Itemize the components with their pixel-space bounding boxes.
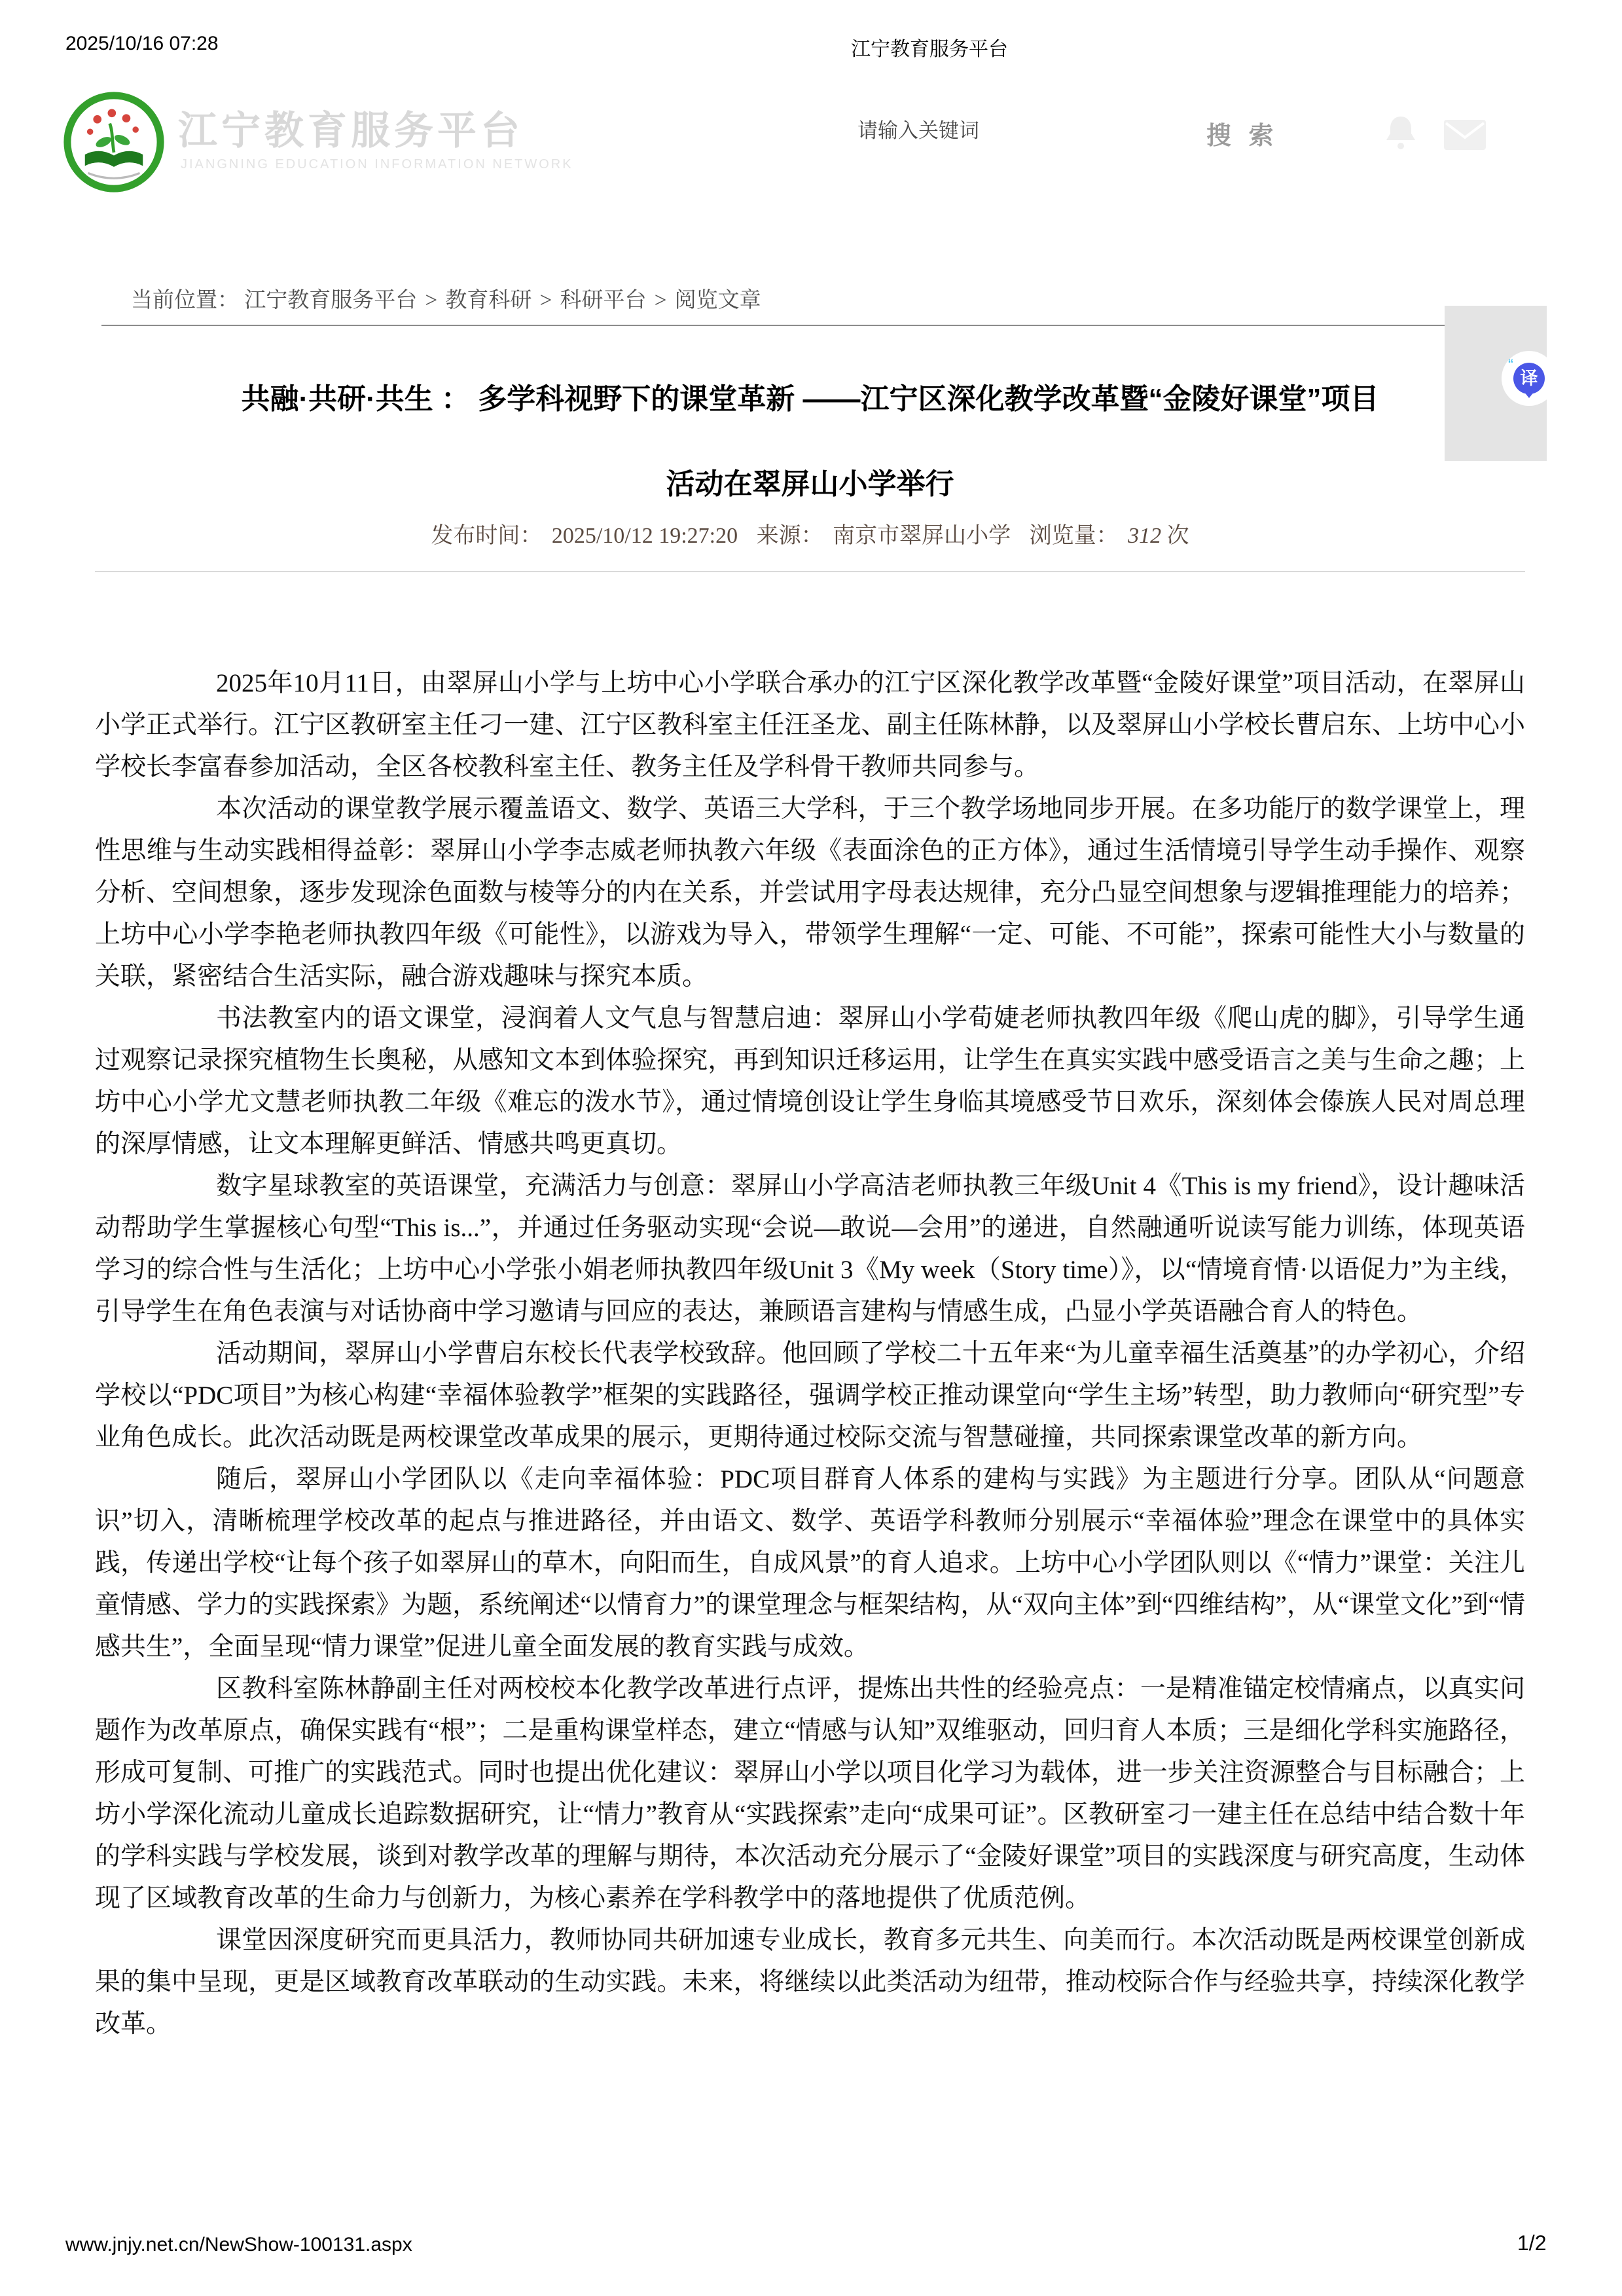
source-value: 南京市翠屏山小学 [833, 524, 1011, 548]
publish-time-label: 发布时间： [431, 524, 542, 548]
bell-icon[interactable] [1382, 113, 1419, 151]
article-meta: 发布时间： 2025/10/12 19:27:20 来源： 南京市翠屏山小学 浏… [95, 517, 1525, 549]
article-paragraph: 本次活动的课堂教学展示覆盖语文、数学、英语三大学科，于三个教学场地同步开展。在多… [95, 788, 1525, 998]
search-input[interactable] [856, 111, 1173, 151]
article-title: 共融·共研·共生 ： 多学科视野下的课堂革新 ——江宁区深化教学改革暨“金陵好课… [95, 357, 1525, 527]
breadcrumb-item-home[interactable]: 江宁教育服务平台 [244, 289, 417, 312]
breadcrumb-divider [101, 325, 1514, 326]
print-header-datetime: 2025/10/16 07:28 [65, 33, 219, 55]
site-logo-subtitle: JIANGNING EDUCATION INFORMATION NETWORK [181, 157, 573, 172]
article-paragraph: 活动期间，翠屏山小学曹启东校长代表学校致辞。他回顾了学校二十五年来“为儿童幸福生… [95, 1333, 1525, 1459]
views-unit: 次 [1167, 524, 1189, 548]
article-body: 2025年10月11日，由翠屏山小学与上坊中心小学联合承办的江宁区深化教学改革暨… [95, 663, 1525, 2045]
publish-time-value: 2025/10/12 19:27:20 [552, 524, 738, 548]
mail-icon[interactable] [1443, 119, 1487, 151]
site-logo-title: 江宁教育服务平台 [178, 100, 524, 156]
views-count: 312 [1128, 524, 1161, 548]
printed-page: 2025/10/16 07:28 江宁教育服务平台 江宁教育服务平台 JIANG… [0, 0, 1622, 2296]
source-label: 来源： [757, 524, 823, 548]
print-footer-page-number: 1/2 [1517, 2231, 1546, 2255]
article-paragraph: 数字星球教室的英语课堂，充满活力与创意：翠屏山小学高洁老师执教三年级Unit 4… [95, 1165, 1525, 1333]
breadcrumb-item-article[interactable]: 阅览文章 [675, 289, 761, 312]
print-header-title: 江宁教育服务平台 [851, 33, 1008, 62]
article-paragraph: 书法教室内的语文课堂，浸润着人文气息与智慧启迪：翠屏山小学荀婕老师执教四年级《爬… [95, 998, 1525, 1165]
article-divider [95, 571, 1525, 572]
breadcrumb-item-research[interactable]: 教育科研 [445, 289, 532, 312]
article-paragraph: 随后，翠屏山小学团队以《走向幸福体验：PDC项目群育人体系的建构与实践》为主题进… [95, 1459, 1525, 1668]
breadcrumb-item-platform[interactable]: 科研平台 [560, 289, 647, 312]
article-paragraph: 课堂因深度研究而更具活力，教师协同共研加速专业成长，教育多元共生、向美而行。本次… [95, 1920, 1525, 2045]
views-label: 浏览量： [1030, 524, 1119, 548]
article-paragraph: 2025年10月11日，由翠屏山小学与上坊中心小学联合承办的江宁区深化教学改革暨… [95, 663, 1525, 788]
breadcrumb: 当前位置： 江宁教育服务平台 > 教育科研 > 科研平台 > 阅览文章 [131, 283, 761, 314]
site-logo-icon[interactable] [62, 90, 166, 194]
article-title-line1: 共融·共研·共生 ： 多学科视野下的课堂革新 ——江宁区深化教学改革暨“金陵好课… [95, 357, 1525, 442]
breadcrumb-separator: > [540, 289, 552, 312]
search-button[interactable]: 搜 索 [1206, 115, 1279, 151]
breadcrumb-separator: > [425, 289, 438, 312]
article-paragraph: 区教科室陈林静副主任对两校校本化教学改革进行点评，提炼出共性的经验亮点：一是精准… [95, 1668, 1525, 1920]
article-title-line2: 活动在翠屏山小学举行 [95, 442, 1525, 527]
breadcrumb-separator: > [655, 289, 667, 312]
print-footer-url: www.jnjy.net.cn/NewShow-100131.aspx [65, 2234, 412, 2256]
breadcrumb-label: 当前位置： [131, 289, 239, 312]
